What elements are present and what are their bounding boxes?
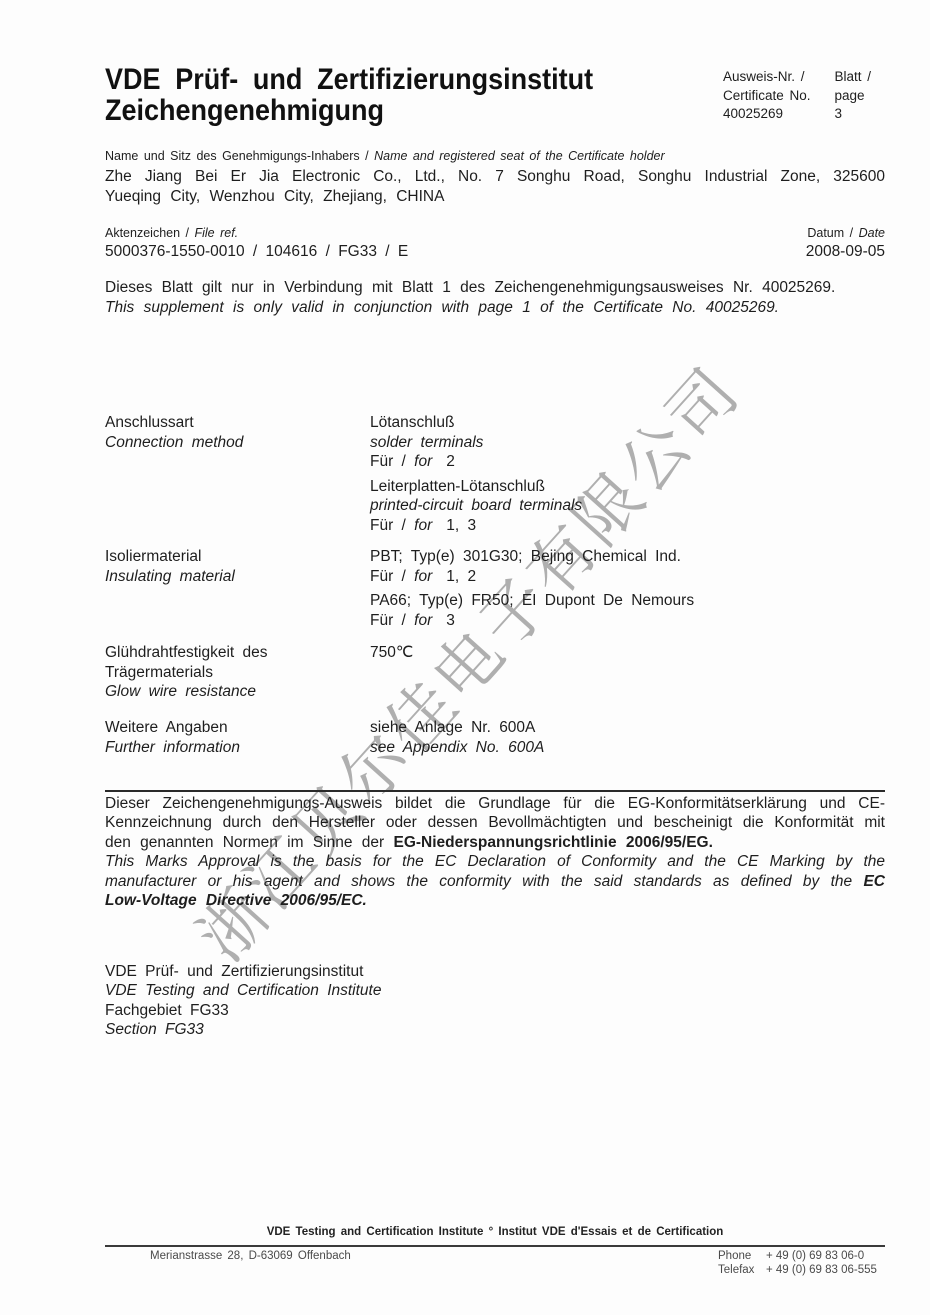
- legal-paragraph-en: This Marks Approval is the basis for the…: [105, 852, 885, 910]
- date-value: 2008-09-05: [806, 243, 885, 261]
- spec-label-connection-en: Connection method: [105, 433, 370, 453]
- certificate-number-column: Ausweis-Nr. / Certificate No. 40025269: [723, 68, 811, 124]
- spec-label-connection-de: Anschlussart: [105, 413, 370, 433]
- spec-value-glow-wire: 750℃: [370, 643, 885, 702]
- for-label-en: for: [414, 517, 432, 534]
- phone-label: Phone: [718, 1249, 766, 1263]
- for-value: 3: [446, 612, 455, 629]
- for-value: 1, 2: [446, 568, 476, 585]
- phone-value: + 49 (0) 69 83 06-0: [766, 1250, 864, 1262]
- fax-label: Telefax: [718, 1263, 766, 1277]
- footer-divider-line: [105, 1245, 885, 1247]
- spec-row-glow-wire: Glühdrahtfestigkeit des Trägermaterials …: [105, 643, 885, 702]
- date-label: Datum / Date: [807, 226, 885, 240]
- spec-label-insulating-en: Insulating material: [105, 567, 370, 587]
- legal-paragraph-de: Dieser Zeichengenehmigungs-Ausweis bilde…: [105, 794, 885, 852]
- footer-address: Merianstrasse 28, D-63069 Offenbach: [150, 1250, 351, 1262]
- spec-label-further-info: Weitere Angaben Further information: [105, 718, 370, 757]
- legal-de-directive: EG-Niederspannungsrichtlinie 2006/95/EG.: [394, 834, 713, 851]
- connection-v2-de: Leiterplatten-Lötanschluß: [370, 477, 885, 497]
- institute-name-de: VDE Prüf- und Zertifizierungsinstitut: [105, 962, 381, 981]
- certificate-number-label-en: Certificate No.: [723, 87, 811, 106]
- spec-value-further-info: siehe Anlage Nr. 600A see Appendix No. 6…: [370, 718, 885, 757]
- connection-v1-de: Lötanschluß: [370, 413, 885, 433]
- insulating-v2-for: Für / for3: [370, 611, 885, 631]
- institute-section-en: Section FG33: [105, 1020, 381, 1039]
- further-info-en: see Appendix No. 600A: [370, 738, 885, 758]
- certificate-holder-section: Name und Sitz des Genehmigungs-Inhabers …: [105, 149, 885, 207]
- spec-row-connection-method: Anschlussart Connection method Lötanschl…: [105, 413, 885, 535]
- spec-label-further-info-en: Further information: [105, 738, 370, 758]
- insulating-v1-de: PBT; Typ(e) 301G30; Bejing Chemical Ind.: [370, 547, 885, 567]
- institute-name-en: VDE Testing and Certification Institute: [105, 981, 381, 1000]
- spec-row-further-info: Weitere Angaben Further information sieh…: [105, 718, 885, 757]
- for-label-de: Für /: [370, 453, 414, 470]
- further-info-de: siehe Anlage Nr. 600A: [370, 718, 885, 738]
- spec-label-insulating-de: Isoliermaterial: [105, 547, 370, 567]
- connection-value-block1: Lötanschluß solder terminals Für / for2: [370, 413, 885, 472]
- certificate-number-label-de: Ausweis-Nr. /: [723, 68, 811, 87]
- fileref-label-en: File ref.: [194, 226, 238, 240]
- document-title: VDE Prüf- und Zertifizierungsinstitut Ze…: [105, 64, 593, 126]
- for-value: 2: [446, 453, 455, 470]
- for-label-en: for: [414, 568, 432, 585]
- for-label-en: for: [414, 453, 432, 470]
- insulating-v1-for: Für / for1, 2: [370, 567, 885, 587]
- holder-address-line1: Zhe Jiang Bei Er Jia Electronic Co., Ltd…: [105, 167, 885, 187]
- holder-address-line2: Yueqing City, Wenzhou City, Zhejiang, CH…: [105, 187, 885, 207]
- for-label-de: Für /: [370, 517, 414, 534]
- for-value: 1, 3: [446, 517, 476, 534]
- supplement-notice: Dieses Blatt gilt nur in Verbindung mit …: [105, 278, 885, 317]
- supplement-notice-de: Dieses Blatt gilt nur in Verbindung mit …: [105, 278, 885, 298]
- footer-contact-block: Phone+ 49 (0) 69 83 06-0 Telefax+ 49 (0)…: [718, 1249, 877, 1277]
- connection-v1-for: Für / for2: [370, 452, 885, 472]
- spec-label-glow-wire: Glühdrahtfestigkeit des Trägermaterials …: [105, 643, 370, 702]
- page-label-de: Blatt /: [835, 68, 872, 87]
- spec-row-insulating-material: Isoliermaterial Insulating material PBT;…: [105, 547, 885, 630]
- glow-wire-temperature: 750℃: [370, 643, 885, 663]
- connection-value-block2: Leiterplatten-Lötanschluß printed-circui…: [370, 477, 885, 536]
- for-label-de: Für /: [370, 612, 414, 629]
- supplement-notice-en: This supplement is only valid in conjunc…: [105, 298, 885, 318]
- insulating-v2-de: PA66; Typ(e) FR50; EI Dupont De Nemours: [370, 591, 885, 611]
- fileref-label: Aktenzeichen / File ref.: [105, 226, 238, 240]
- legal-divider-line: [105, 790, 885, 792]
- spec-label-glow-wire-en: Glow wire resistance: [105, 682, 370, 702]
- spec-label-glow-wire-de2: Trägermaterials: [105, 663, 370, 683]
- legal-en-text: This Marks Approval is the basis for the…: [105, 853, 885, 889]
- spec-label-connection: Anschlussart Connection method: [105, 413, 370, 535]
- footer-fax-row: Telefax+ 49 (0) 69 83 06-555: [718, 1263, 877, 1277]
- fax-value: + 49 (0) 69 83 06-555: [766, 1264, 877, 1276]
- fileref-label-de: Aktenzeichen /: [105, 226, 194, 240]
- certificate-number-value: 40025269: [723, 105, 811, 124]
- for-label-en: for: [414, 612, 432, 629]
- institute-section-de: Fachgebiet FG33: [105, 1001, 381, 1020]
- legal-paragraph: Dieser Zeichengenehmigungs-Ausweis bilde…: [105, 794, 885, 910]
- holder-label: Name und Sitz des Genehmigungs-Inhabers …: [105, 149, 885, 163]
- spec-value-connection: Lötanschluß solder terminals Für / for2 …: [370, 413, 885, 535]
- connection-v2-en: printed-circuit board terminals: [370, 496, 885, 516]
- insulating-value-block2: PA66; Typ(e) FR50; EI Dupont De Nemours …: [370, 591, 885, 630]
- spec-label-insulating: Isoliermaterial Insulating material: [105, 547, 370, 630]
- for-label-de: Für /: [370, 568, 414, 585]
- document-title-line1: VDE Prüf- und Zertifizierungsinstitut: [105, 64, 593, 95]
- footer-phone-row: Phone+ 49 (0) 69 83 06-0: [718, 1249, 877, 1263]
- document-title-line2: Zeichengenehmigung: [105, 95, 593, 126]
- date-label-en: Date: [859, 226, 885, 240]
- certificate-page: 浙江贝尔佳电子有限公司 VDE Prüf- und Zertifizierung…: [0, 0, 930, 1315]
- page-number-column: Blatt / page 3: [835, 68, 872, 124]
- fileref-value: 5000376-1550-0010 / 104616 / FG33 / E: [105, 243, 408, 261]
- page-label-en: page: [835, 87, 872, 106]
- spec-value-insulating: PBT; Typ(e) 301G30; Bejing Chemical Ind.…: [370, 547, 885, 630]
- fileref-value-row: 5000376-1550-0010 / 104616 / FG33 / E 20…: [105, 243, 885, 261]
- page-number-value: 3: [835, 105, 872, 124]
- holder-label-de: Name und Sitz des Genehmigungs-Inhabers …: [105, 149, 374, 163]
- holder-label-en: Name and registered seat of the Certific…: [374, 149, 665, 163]
- connection-v1-en: solder terminals: [370, 433, 885, 453]
- insulating-value-block1: PBT; Typ(e) 301G30; Bejing Chemical Ind.…: [370, 547, 885, 586]
- spec-label-glow-wire-de1: Glühdrahtfestigkeit des: [105, 643, 370, 663]
- institute-block: VDE Prüf- und Zertifizierungsinstitut VD…: [105, 962, 381, 1039]
- date-label-de: Datum /: [807, 226, 858, 240]
- spec-label-further-info-de: Weitere Angaben: [105, 718, 370, 738]
- fileref-label-row: Aktenzeichen / File ref. Datum / Date: [105, 226, 885, 240]
- connection-v2-for: Für / for1, 3: [370, 516, 885, 536]
- header-reference-block: Ausweis-Nr. / Certificate No. 40025269 B…: [723, 68, 871, 124]
- footer-institute-line: VDE Testing and Certification Institute …: [105, 1226, 885, 1238]
